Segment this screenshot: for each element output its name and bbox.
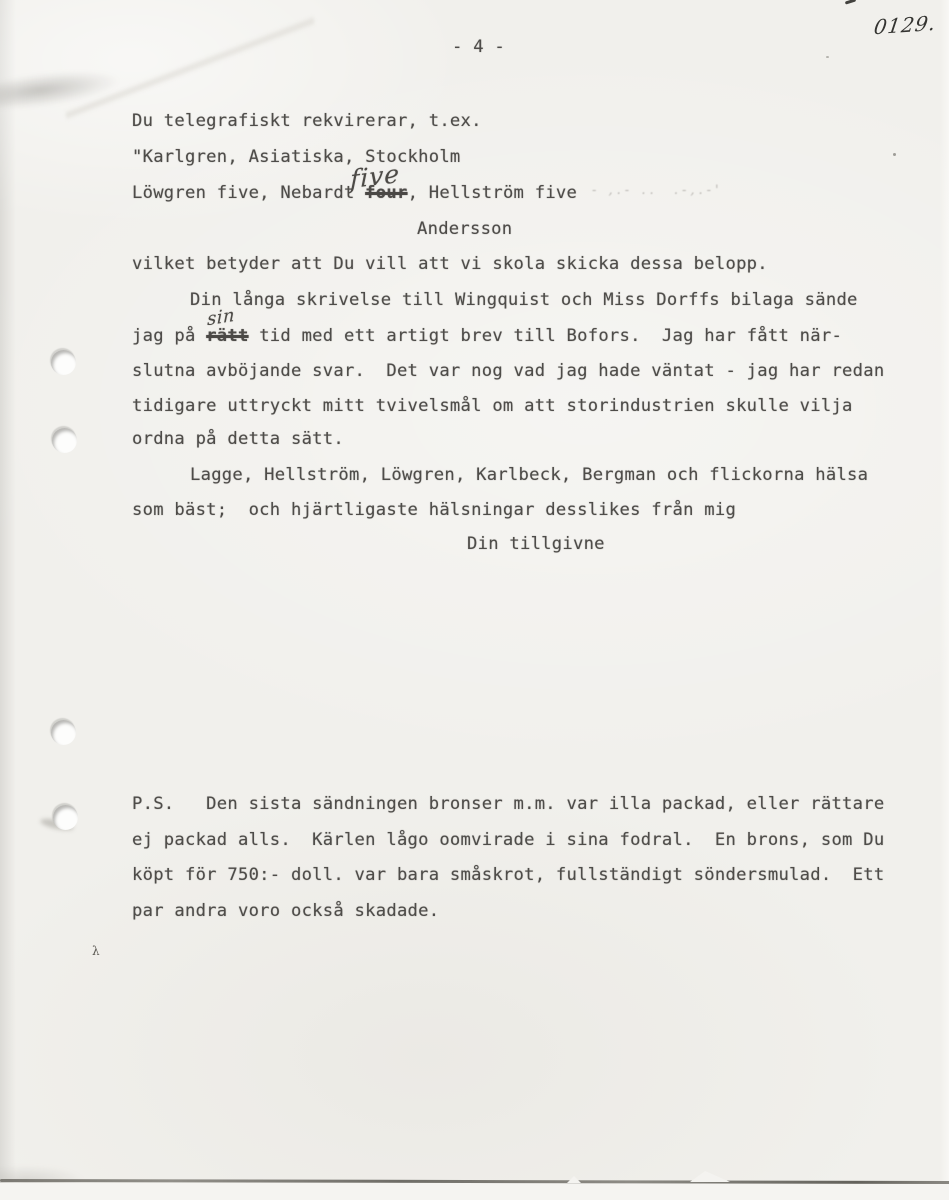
- handwritten-correction-sin: sin: [207, 305, 235, 331]
- scan-speck: [826, 56, 829, 58]
- background-below-sheet: [0, 1183, 949, 1200]
- punch-hole: [51, 720, 76, 745]
- para2-text-post: tid med ett artigt brev till Bofors. Jag…: [249, 326, 842, 346]
- typed-line-para3-2: som bäst; och hjärtligaste hälsningar de…: [132, 501, 736, 520]
- punch-hole: [52, 428, 77, 453]
- typed-line-para2-4: tidigare uttryckt mitt tvivelsmål om att…: [132, 397, 853, 416]
- typed-line-para2-1: Din långa skrivelse till Wingquist och M…: [190, 291, 858, 310]
- document-page: 0129. - 4 - Du telegrafiskt rekvirerar, …: [0, 0, 949, 1200]
- typed-line-ps-4: par andra voro också skadade.: [132, 902, 439, 921]
- telegram-signature: Andersson: [417, 220, 512, 239]
- typed-line-para2-5: ordna på detta sätt.: [132, 430, 344, 449]
- typed-line-ps-3: köpt för 750:- doll. var bara småskrot, …: [132, 866, 884, 885]
- paper-sheet: [0, 0, 949, 1200]
- handwritten-correction-five: five: [350, 159, 400, 194]
- telegram-text-post: , Hellström five: [408, 183, 578, 203]
- typed-line-para3-1: Lagge, Hellström, Löwgren, Karlbeck, Ber…: [190, 466, 868, 485]
- punch-hole: [53, 805, 78, 830]
- scan-speck: [893, 153, 896, 156]
- typed-line-ps-2: ej packad alls. Kärlen lågo oomvirade i …: [132, 831, 884, 850]
- typed-line-explain: vilket betyder att Du vill att vi skola …: [132, 255, 768, 274]
- folio-number: 0129.: [872, 11, 938, 40]
- stray-pen-mark: λ: [92, 944, 100, 958]
- telegram-text-pre: Löwgren five, Nebardt: [132, 183, 365, 203]
- typed-line-ps-1: P.S. Den sista sändningen bronser m.m. v…: [132, 795, 884, 814]
- erased-handwriting: - ,.- .. .-,.-': [592, 183, 723, 198]
- typed-line-para2-3: slutna avböjande svar. Det var nog vad j…: [132, 362, 884, 381]
- punch-hole: [51, 350, 76, 375]
- closing-line: Din tillgivne: [467, 535, 605, 554]
- page-number: - 4 -: [452, 38, 505, 57]
- typed-line-para2-2: jag på rätt tid med ett artigt brev till…: [132, 327, 842, 346]
- typed-line-telegram-1: "Karlgren, Asiatiska, Stockholm: [132, 148, 461, 167]
- typed-line-intro: Du telegrafiskt rekvirerar, t.ex.: [132, 112, 482, 131]
- para2-text-pre: jag på: [132, 326, 206, 346]
